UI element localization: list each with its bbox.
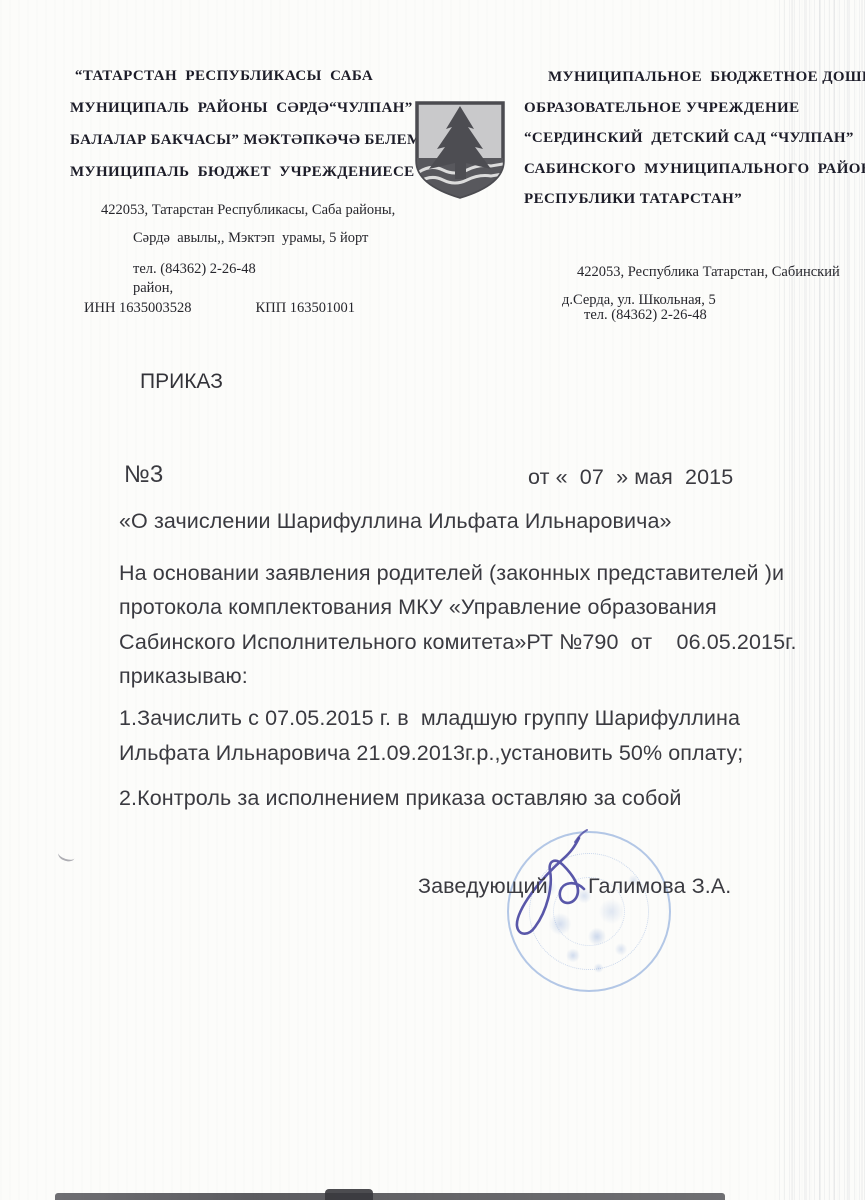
letterhead-tatar-line: БАЛАЛАР БАКЧАСЫ” МӘКТӘПКӘЧӘ БЕЛЕМ [70, 124, 378, 156]
letterhead-tatar-line: “ТАТАРСТАН РЕСПУБЛИКАСЫ САБА [70, 60, 378, 92]
order-item-1: 1.Зачислить с 07.05.2015 г. в младшую гр… [119, 701, 743, 771]
scan-bottom-smudge [325, 1189, 373, 1200]
preamble-line: Сабинского Исполнительного комитета»РТ №… [119, 625, 797, 659]
stray-pen-mark [57, 848, 77, 864]
preamble-line: На основании заявления родителей (законн… [119, 556, 797, 590]
order-date: от « 07 » мая 2015 [528, 465, 733, 490]
address-tatar-phone: тел. (84362) 2-26-48 район, [133, 260, 256, 298]
order-item-2: 2.Контроль за исполнением приказа оставл… [119, 786, 682, 811]
signer-name: Галимова З.А. [588, 874, 731, 899]
address-russian-phone: тел. (84362) 2-26-48 [584, 306, 707, 325]
order-title: ПРИКАЗ [140, 370, 223, 394]
scanned-order-document: “ТАТАРСТАН РЕСПУБЛИКАСЫ САБА МУНИЦИПАЛЬ … [0, 0, 865, 1200]
preamble-line: протокола комплектования МКУ «Управление… [119, 590, 797, 624]
inn-value: ИНН 1635003528 [84, 300, 192, 316]
letterhead-tatar-line: МУНИЦИПАЛЬ БЮДЖЕТ УЧРЕЖДЕНИЕСЕ [70, 156, 378, 188]
order-subject: «О зачислении Шарифуллина Ильфата Ильнар… [119, 509, 672, 534]
decree-word: приказываю: [119, 659, 797, 693]
scan-edge-streaks [779, 0, 865, 1200]
scan-bottom-edge [55, 1193, 725, 1200]
order-number: №3 [124, 461, 163, 489]
address-tatar-line1: 422053, Татарстан Республикасы, Саба рай… [101, 201, 395, 220]
inn-kpp-line: ИНН 1635003528КПП 163501001 [84, 299, 355, 318]
kpp-value: КПП 163501001 [256, 300, 356, 316]
order-preamble: На основании заявления родителей (законн… [119, 556, 797, 693]
coat-of-arms-emblem [413, 99, 507, 201]
letterhead-tatar: “ТАТАРСТАН РЕСПУБЛИКАСЫ САБА МУНИЦИПАЛЬ … [70, 60, 378, 188]
signer-title: Заведующий [418, 874, 548, 899]
address-tatar-line2: Сәрдә авылы,, Мэктэп урамы, 5 йорт [133, 229, 368, 248]
letterhead-tatar-line: МУНИЦИПАЛЬ РАЙОНЫ СӘРДӘ“ЧУЛПАН” [70, 92, 378, 124]
